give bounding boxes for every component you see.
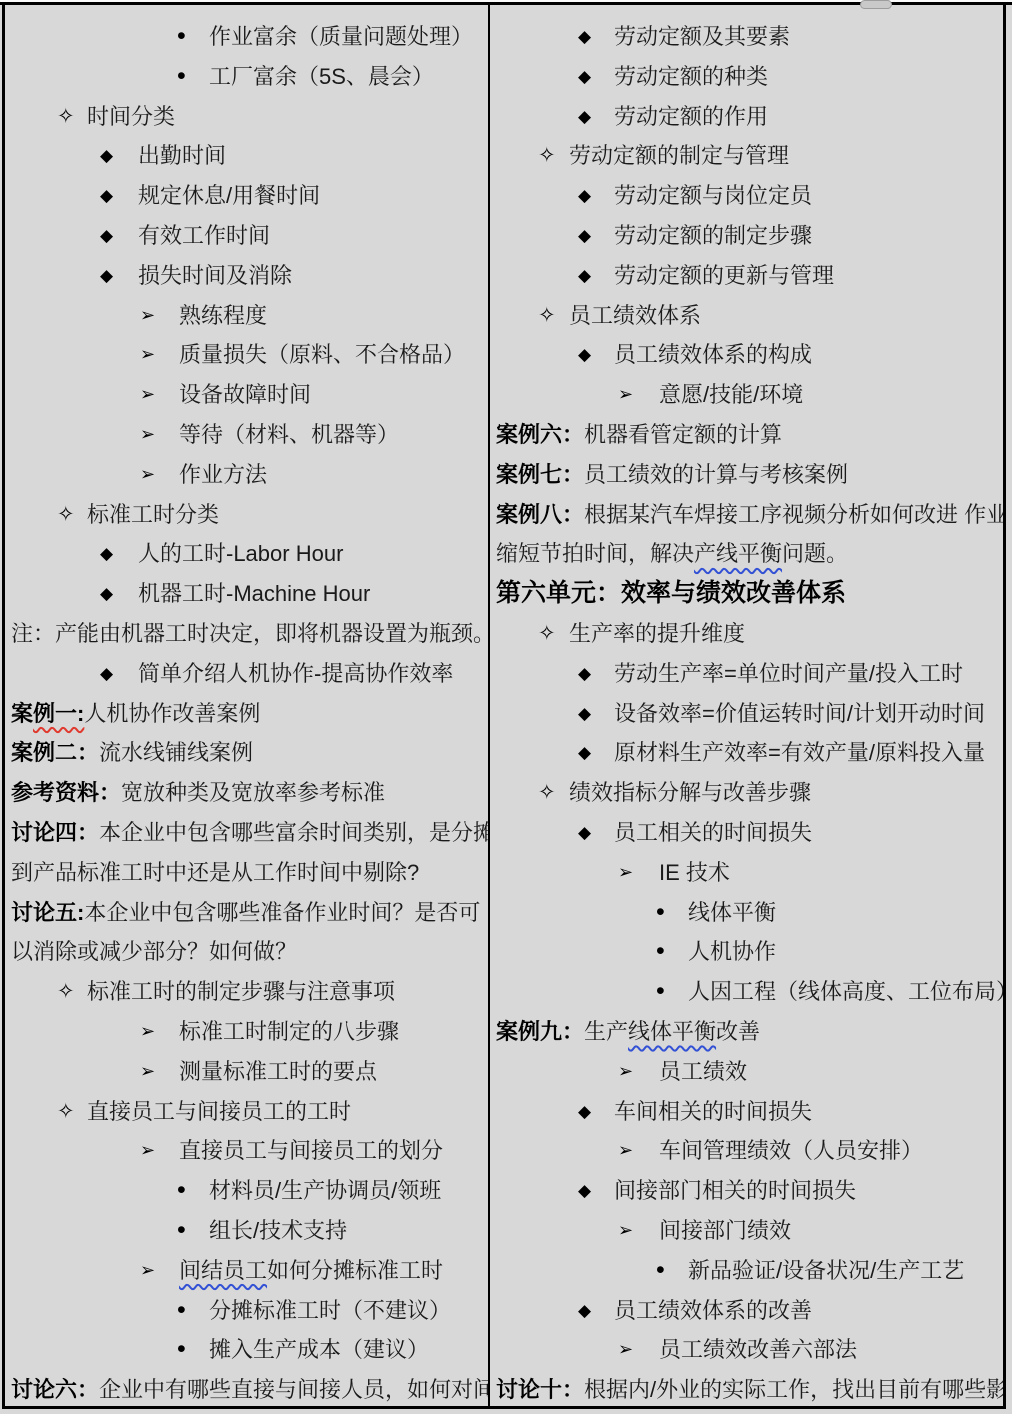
outline-item: ◆员工绩效体系的构成 <box>490 335 1003 375</box>
open-star-bullet-icon: ✧ <box>538 614 556 654</box>
diamond-bullet-icon: ◆ <box>100 136 113 176</box>
diamond-bullet-icon: ◆ <box>578 335 591 375</box>
outline-item: ➢员工绩效 <box>490 1052 1003 1092</box>
item-text: 人因工程（线体高度、工位布局） <box>688 972 1003 1012</box>
outline-item: ✧标准工时的制定步骤与注意事项 <box>5 972 488 1012</box>
diamond-bullet-icon: ◆ <box>100 256 113 296</box>
diamond-bullet-icon: ◆ <box>578 1171 591 1211</box>
outline-item: ◆劳动定额的种类 <box>490 57 1003 97</box>
item-text: 简单介绍人机协作-提高协作效率 <box>138 654 453 694</box>
item-text: 材料员/生产协调员/领班 <box>209 1171 441 1211</box>
item-text: 原材料生产效率=有效产量/原料投入量 <box>614 733 985 773</box>
item-text: 讨论六：企业中有哪些直接与间接人员，如何对间 <box>11 1370 490 1406</box>
item-text: 损失时间及消除 <box>138 256 292 296</box>
outline-item: ➢间接部门绩效 <box>490 1211 1003 1251</box>
item-text: 参考资料：宽放种类及宽放率参考标准 <box>11 773 385 813</box>
paragraph: 参考资料：宽放种类及宽放率参考标准 <box>5 773 488 813</box>
outline-item: ➢标准工时制定的八步骤 <box>5 1012 488 1052</box>
item-text: 员工绩效改善六部法 <box>659 1330 857 1370</box>
outline-item: ➢作业方法 <box>5 455 488 495</box>
item-text: 等待（材料、机器等） <box>179 415 399 455</box>
paragraph: 案例九：生产线体平衡改善 <box>490 1012 1003 1052</box>
item-text: 缩短节拍时间，解决产线平衡问题。 <box>496 534 848 574</box>
outline-item: ➢间结员工如何分摊标准工时 <box>5 1251 488 1291</box>
arrow-bullet-icon: ➢ <box>140 1052 155 1092</box>
item-text: 摊入生产成本（建议） <box>209 1330 429 1370</box>
item-text: 测量标准工时的要点 <box>179 1052 377 1092</box>
outline-item: ◆劳动定额与岗位定员 <box>490 176 1003 216</box>
item-text: 以消除或减少部分？如何做？ <box>11 932 297 972</box>
diamond-bullet-icon: ◆ <box>578 17 591 57</box>
outline-item: ◆简单介绍人机协作-提高协作效率 <box>5 654 488 694</box>
outline-item: ➢直接员工与间接员工的划分 <box>5 1131 488 1171</box>
item-text: 劳动生产率=单位时间产量/投入工时 <box>614 654 963 694</box>
item-text: 标准工时制定的八步骤 <box>179 1012 399 1052</box>
arrow-bullet-icon: ➢ <box>618 1131 633 1171</box>
diamond-bullet-icon: ◆ <box>578 733 591 773</box>
item-text: 分摊标准工时（不建议） <box>209 1291 451 1331</box>
paragraph: 案例一:人机协作改善案例 <box>5 694 488 734</box>
item-text: 劳动定额及其要素 <box>614 17 790 57</box>
column-left: •作业富余（质量问题处理）•工厂富余（5S、晨会）✧时间分类◆出勤时间◆规定休息… <box>5 5 490 1406</box>
item-text: IE 技术 <box>659 853 730 893</box>
item-text: 工厂富余（5S、晨会） <box>209 57 434 97</box>
arrow-bullet-icon: ➢ <box>618 1330 633 1370</box>
column-right: ◆劳动定额及其要素◆劳动定额的种类◆劳动定额的作用✧劳动定额的制定与管理◆劳动定… <box>490 5 1003 1406</box>
dot-bullet-icon: • <box>656 972 665 1012</box>
diamond-bullet-icon: ◆ <box>578 694 591 734</box>
arrow-bullet-icon: ➢ <box>618 1052 633 1092</box>
outline-item: ➢车间管理绩效（人员安排） <box>490 1131 1003 1171</box>
arrow-bullet-icon: ➢ <box>140 415 155 455</box>
arrow-bullet-icon: ➢ <box>140 1251 155 1291</box>
item-text: 设备效率=价值运转时间/计划开动时间 <box>614 694 985 734</box>
outline-item: ✧劳动定额的制定与管理 <box>490 136 1003 176</box>
item-text: 组长/技术支持 <box>209 1211 347 1251</box>
outline-item: •组长/技术支持 <box>5 1211 488 1251</box>
item-text: 员工绩效体系的构成 <box>614 335 812 375</box>
outline-item: ◆设备效率=价值运转时间/计划开动时间 <box>490 694 1003 734</box>
diamond-bullet-icon: ◆ <box>100 176 113 216</box>
item-text: 劳动定额的更新与管理 <box>614 256 834 296</box>
item-text: 规定休息/用餐时间 <box>138 176 320 216</box>
paragraph: 讨论六：企业中有哪些直接与间接人员，如何对间 <box>5 1370 488 1406</box>
outline-item: ✧生产率的提升维度 <box>490 614 1003 654</box>
item-text: 意愿/技能/环境 <box>659 375 803 415</box>
item-text: 有效工作时间 <box>138 216 270 256</box>
outline-item: ◆间接部门相关的时间损失 <box>490 1171 1003 1211</box>
diamond-bullet-icon: ◆ <box>578 1092 591 1132</box>
item-text: 案例七：员工绩效的计算与考核案例 <box>496 455 848 495</box>
diamond-bullet-icon: ◆ <box>578 57 591 97</box>
item-text: 直接员工与间接员工的工时 <box>87 1092 351 1132</box>
dot-bullet-icon: • <box>656 932 665 972</box>
outline-item: ◆有效工作时间 <box>5 216 488 256</box>
section-heading: 第六单元：效率与绩效改善体系 <box>490 574 1003 614</box>
outline-item: ➢质量损失（原料、不合格品） <box>5 335 488 375</box>
item-text: 车间管理绩效（人员安排） <box>659 1131 923 1171</box>
item-text: 案例六：机器看管定额的计算 <box>496 415 782 455</box>
open-star-bullet-icon: ✧ <box>538 296 556 336</box>
spellcheck-blue-squiggle: 间结员工 <box>179 1258 267 1283</box>
outline-item: ◆损失时间及消除 <box>5 256 488 296</box>
arrow-bullet-icon: ➢ <box>140 1131 155 1171</box>
dot-bullet-icon: • <box>177 1171 186 1211</box>
item-text: 间接部门绩效 <box>659 1211 791 1251</box>
dot-bullet-icon: • <box>177 1211 186 1251</box>
outline-item: ➢等待（材料、机器等） <box>5 415 488 455</box>
diamond-bullet-icon: ◆ <box>578 97 591 137</box>
dot-bullet-icon: • <box>177 57 186 97</box>
item-text: 标准工时的制定步骤与注意事项 <box>87 972 395 1012</box>
outline-item: ➢意愿/技能/环境 <box>490 375 1003 415</box>
item-text: 作业富余（质量问题处理） <box>209 17 473 57</box>
open-star-bullet-icon: ✧ <box>57 1092 75 1132</box>
paragraph: 讨论十：根据内/外业的实际工作，找出目前有哪些影响 <box>490 1370 1003 1406</box>
arrow-bullet-icon: ➢ <box>140 296 155 336</box>
diamond-bullet-icon: ◆ <box>578 216 591 256</box>
course-outline-table: •作业富余（质量问题处理）•工厂富余（5S、晨会）✧时间分类◆出勤时间◆规定休息… <box>2 5 1006 1409</box>
item-text: 质量损失（原料、不合格品） <box>179 335 465 375</box>
item-text: 劳动定额的制定步骤 <box>614 216 812 256</box>
outline-item: ◆机器工时-Machine Hour <box>5 574 488 614</box>
paragraph: 注：产能由机器工时决定，即将机器设置为瓶颈。 <box>5 614 488 654</box>
outline-item: •分摊标准工时（不建议） <box>5 1291 488 1331</box>
diamond-bullet-icon: ◆ <box>100 574 113 614</box>
item-text: 劳动定额的种类 <box>614 57 768 97</box>
paragraph: 案例七：员工绩效的计算与考核案例 <box>490 455 1003 495</box>
outline-item: ◆劳动定额的更新与管理 <box>490 256 1003 296</box>
dot-bullet-icon: • <box>177 17 186 57</box>
paragraph: 缩短节拍时间，解决产线平衡问题。 <box>490 534 1003 574</box>
open-star-bullet-icon: ✧ <box>57 97 75 137</box>
dot-bullet-icon: • <box>656 1251 665 1291</box>
item-text: 熟练程度 <box>179 296 267 336</box>
outline-item: ➢熟练程度 <box>5 296 488 336</box>
outline-item: ➢IE 技术 <box>490 853 1003 893</box>
outline-item: ◆出勤时间 <box>5 136 488 176</box>
paragraph: 案例二：流水线铺线案例 <box>5 733 488 773</box>
item-text: 时间分类 <box>87 97 175 137</box>
outline-item: ◆员工绩效体系的改善 <box>490 1291 1003 1331</box>
item-text: 员工绩效 <box>659 1052 747 1092</box>
paragraph: 讨论五:本企业中包含哪些准备作业时间？是否可 <box>5 893 488 933</box>
diamond-bullet-icon: ◆ <box>578 176 591 216</box>
open-star-bullet-icon: ✧ <box>57 972 75 1012</box>
diamond-bullet-icon: ◆ <box>100 534 113 574</box>
paragraph: 案例六：机器看管定额的计算 <box>490 415 1003 455</box>
outline-item: •摊入生产成本（建议） <box>5 1330 488 1370</box>
outline-item: ✧时间分类 <box>5 97 488 137</box>
outline-item: •材料员/生产协调员/领班 <box>5 1171 488 1211</box>
outline-item: •人机协作 <box>490 932 1003 972</box>
outline-item: •新品验证/设备状况/生产工艺 <box>490 1251 1003 1291</box>
outline-item: ◆原材料生产效率=有效产量/原料投入量 <box>490 733 1003 773</box>
arrow-bullet-icon: ➢ <box>140 335 155 375</box>
outline-item: ➢员工绩效改善六部法 <box>490 1330 1003 1370</box>
paragraph: 以消除或减少部分？如何做？ <box>5 932 488 972</box>
outline-item: ➢设备故障时间 <box>5 375 488 415</box>
document-page: •作业富余（质量问题处理）•工厂富余（5S、晨会）✧时间分类◆出勤时间◆规定休息… <box>0 0 1012 1414</box>
dot-bullet-icon: • <box>177 1291 186 1331</box>
outline-item: ✧标准工时分类 <box>5 495 488 535</box>
item-text: 线体平衡 <box>688 893 776 933</box>
diamond-bullet-icon: ◆ <box>578 813 591 853</box>
diamond-bullet-icon: ◆ <box>578 1291 591 1331</box>
item-text: 直接员工与间接员工的划分 <box>179 1131 443 1171</box>
item-text: 到产品标准工时中还是从工作时间中剔除? <box>11 853 419 893</box>
item-text: 劳动定额与岗位定员 <box>614 176 812 216</box>
outline-item: •工厂富余（5S、晨会） <box>5 57 488 97</box>
diamond-bullet-icon: ◆ <box>100 654 113 694</box>
outline-item: ➢测量标准工时的要点 <box>5 1052 488 1092</box>
outline-item: •人因工程（线体高度、工位布局） <box>490 972 1003 1012</box>
outline-item: ✧直接员工与间接员工的工时 <box>5 1092 488 1132</box>
arrow-bullet-icon: ➢ <box>140 1012 155 1052</box>
item-text: 机器工时-Machine Hour <box>138 574 370 614</box>
item-text: 讨论十：根据内/外业的实际工作，找出目前有哪些影响 <box>496 1370 1003 1406</box>
arrow-bullet-icon: ➢ <box>618 853 633 893</box>
item-text: 劳动定额的作用 <box>614 97 768 137</box>
item-text: 案例二：流水线铺线案例 <box>11 733 253 773</box>
diamond-bullet-icon: ◆ <box>100 216 113 256</box>
item-text: 讨论四：本企业中包含哪些富余时间类别，是分摊 <box>11 813 490 853</box>
item-text: 讨论五:本企业中包含哪些准备作业时间？是否可 <box>11 893 480 933</box>
item-text: 间接部门相关的时间损失 <box>614 1171 856 1211</box>
item-text: 生产率的提升维度 <box>569 614 745 654</box>
diamond-bullet-icon: ◆ <box>578 256 591 296</box>
dot-bullet-icon: • <box>177 1330 186 1370</box>
item-text: 设备故障时间 <box>179 375 311 415</box>
item-text: 案例九：生产线体平衡改善 <box>496 1012 760 1052</box>
item-text: 新品验证/设备状况/生产工艺 <box>688 1251 964 1291</box>
item-text: 间结员工如何分摊标准工时 <box>179 1251 443 1291</box>
arrow-bullet-icon: ➢ <box>618 1211 633 1251</box>
outline-item: ◆车间相关的时间损失 <box>490 1092 1003 1132</box>
paragraph: 到产品标准工时中还是从工作时间中剔除? <box>5 853 488 893</box>
outline-item: •作业富余（质量问题处理） <box>5 17 488 57</box>
spellcheck-blue-squiggle: 线体平衡 <box>628 1019 716 1044</box>
item-text: 人机协作 <box>688 932 776 972</box>
open-star-bullet-icon: ✧ <box>57 495 75 535</box>
outline-item: ✧员工绩效体系 <box>490 296 1003 336</box>
outline-item: ✧绩效指标分解与改善步骤 <box>490 773 1003 813</box>
item-text: 标准工时分类 <box>87 495 219 535</box>
outline-item: ◆规定休息/用餐时间 <box>5 176 488 216</box>
item-text: 案例八：根据某汽车焊接工序视频分析如何改进 作业， <box>496 495 1003 535</box>
spellcheck-blue-squiggle: 产线平衡 <box>694 541 782 566</box>
item-text: 案例一:人机协作改善案例 <box>11 694 260 734</box>
item-text: 劳动定额的制定与管理 <box>569 136 789 176</box>
item-text: 员工绩效体系的改善 <box>614 1291 812 1331</box>
outline-item: ◆人的工时-Labor Hour <box>5 534 488 574</box>
paragraph: 讨论四：本企业中包含哪些富余时间类别，是分摊 <box>5 813 488 853</box>
spellcheck-red-squiggle: 例一: <box>33 701 84 726</box>
item-text: 注：产能由机器工时决定，即将机器设置为瓶颈。 <box>11 614 490 654</box>
item-text: 员工绩效体系 <box>569 296 701 336</box>
arrow-bullet-icon: ➢ <box>140 375 155 415</box>
outline-item: ◆劳动生产率=单位时间产量/投入工时 <box>490 654 1003 694</box>
outline-item: •线体平衡 <box>490 893 1003 933</box>
outline-item: ◆劳动定额的制定步骤 <box>490 216 1003 256</box>
open-star-bullet-icon: ✧ <box>538 136 556 176</box>
outline-item: ◆员工相关的时间损失 <box>490 813 1003 853</box>
outline-item: ◆劳动定额的作用 <box>490 97 1003 137</box>
item-text: 第六单元：效率与绩效改善体系 <box>496 574 846 614</box>
arrow-bullet-icon: ➢ <box>140 455 155 495</box>
diamond-bullet-icon: ◆ <box>578 654 591 694</box>
item-text: 绩效指标分解与改善步骤 <box>569 773 811 813</box>
paragraph: 案例八：根据某汽车焊接工序视频分析如何改进 作业， <box>490 495 1003 535</box>
arrow-bullet-icon: ➢ <box>618 375 633 415</box>
item-text: 车间相关的时间损失 <box>614 1092 812 1132</box>
outline-item: ◆劳动定额及其要素 <box>490 17 1003 57</box>
item-text: 人的工时-Labor Hour <box>138 534 343 574</box>
item-text: 出勤时间 <box>138 136 226 176</box>
item-text: 员工相关的时间损失 <box>614 813 812 853</box>
dot-bullet-icon: • <box>656 893 665 933</box>
item-text: 作业方法 <box>179 455 267 495</box>
open-star-bullet-icon: ✧ <box>538 773 556 813</box>
